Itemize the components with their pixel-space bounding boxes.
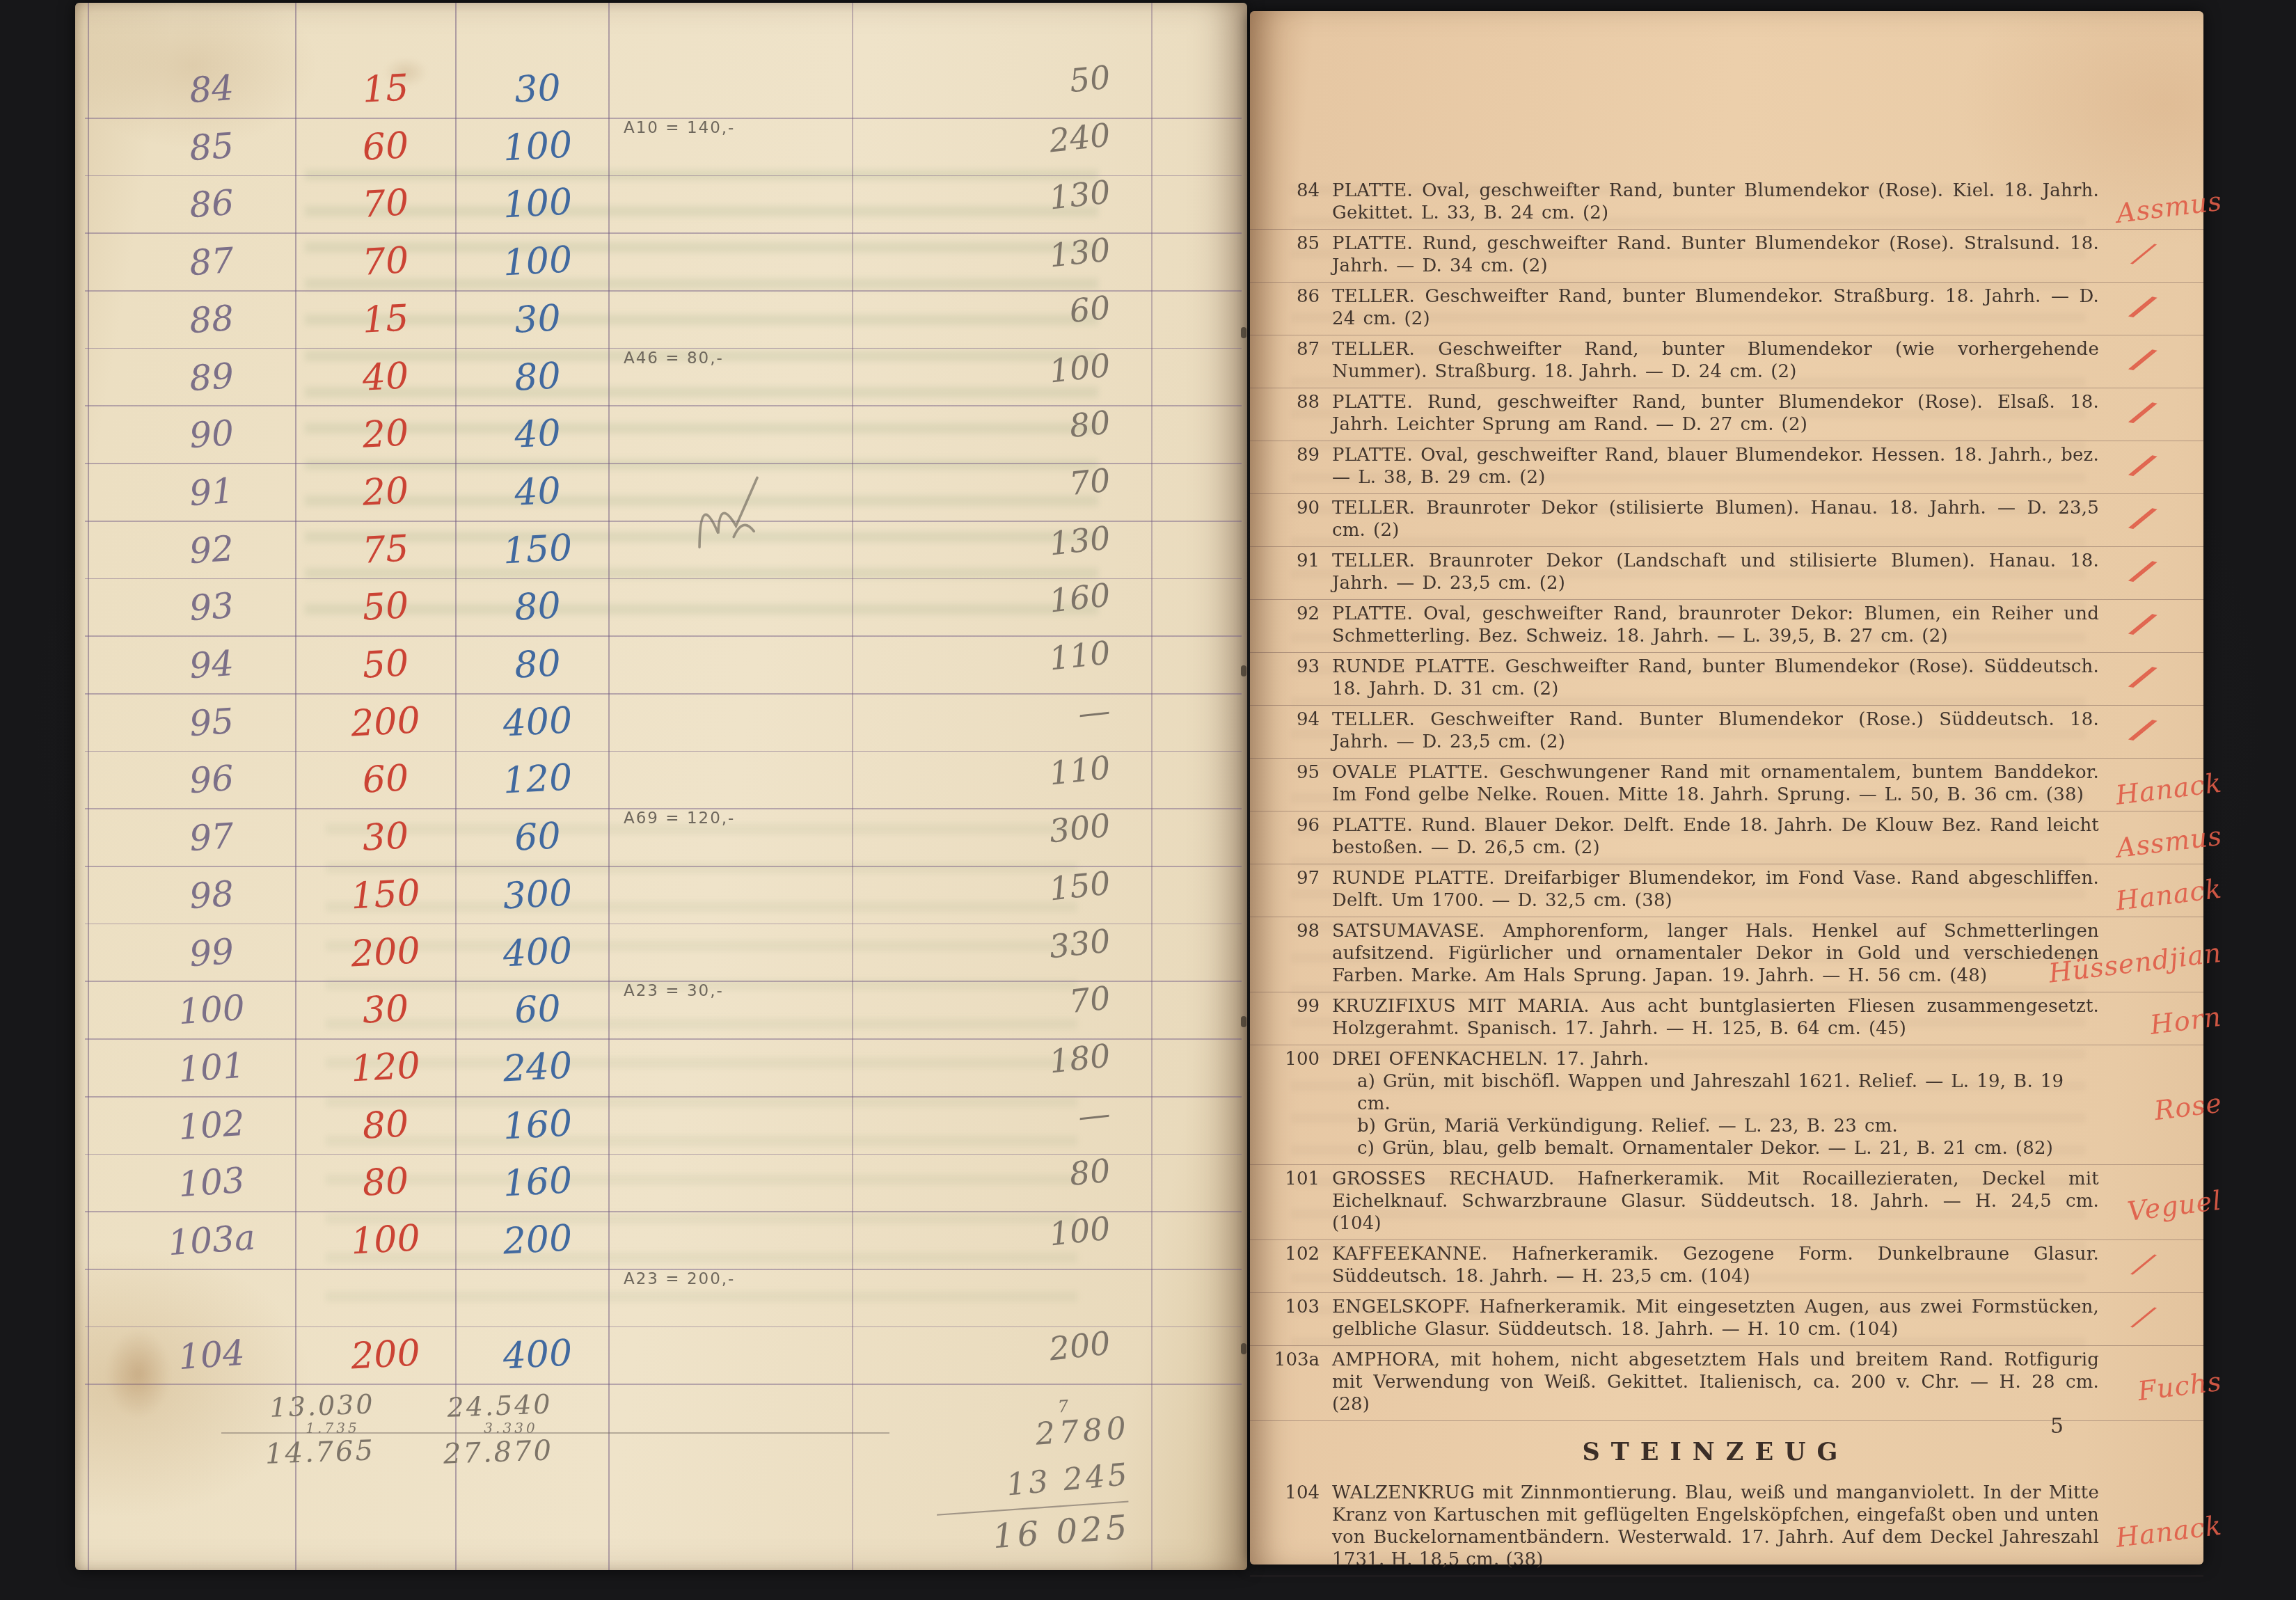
entry-text: KAFFEEKANNE. Hafnerkeramik. Gezogene For… xyxy=(1332,1243,2099,1288)
entry-description: OVALE PLATTE. Geschwungener Rand mit orn… xyxy=(1332,762,2099,805)
entry-text: TELLER. Braunroter Dekor (stilisierte Bl… xyxy=(1332,497,2099,541)
entry-text: OVALE PLATTE. Geschwungener Rand mit orn… xyxy=(1332,761,2099,806)
limit-value: 100 xyxy=(322,1209,450,1271)
entry-description: DREI OFENKACHELN. 17. Jahrh. xyxy=(1332,1049,1649,1070)
buyer-annotation: Hanack xyxy=(2114,767,2223,810)
estimate-value: 100 xyxy=(472,230,603,293)
catalog-entry: 102 KAFFEEKANNE. Hafnerkeramik. Gezogene… xyxy=(1250,1240,2203,1293)
entry-text: KRUZIFIXUS MIT MARIA. Aus acht buntglasi… xyxy=(1332,995,2099,1040)
binding-stitch xyxy=(1241,665,1246,676)
entry-description: TELLER. Braunroter Dekor (stilisierte Bl… xyxy=(1332,498,2099,541)
lot-number: 89 xyxy=(140,344,283,410)
pencil-note: A46 = 80,- xyxy=(624,349,724,367)
limit-value: 200 xyxy=(322,921,450,983)
limit-page-sum: 1.735 xyxy=(284,1420,381,1436)
estimate-value: 60 xyxy=(472,979,603,1041)
ledger-row: 100 30 60 A23 = 30,- 70 xyxy=(75,982,1247,1040)
limit-value: 40 xyxy=(322,346,450,408)
limit-value: 80 xyxy=(322,1152,450,1214)
entry-description: TELLER. Braunroter Dekor (Landschaft und… xyxy=(1332,551,2099,594)
buyer-annotation: ⁄ xyxy=(2137,1246,2148,1283)
page-number: 5 xyxy=(2050,1414,2064,1439)
buyer-annotation: Hanack xyxy=(2114,873,2223,916)
buyer-annotation: Fuchs xyxy=(2136,1365,2224,1406)
catalog-entry: 103 ENGELSKOPF. Hafnerkeramik. Mit einge… xyxy=(1250,1293,2203,1346)
estimate-grand-total: 27.870 xyxy=(421,1434,575,1471)
lot-number: 86 xyxy=(140,172,283,237)
entry-number: 103a xyxy=(1250,1349,1320,1371)
ledger-row: 93 50 80 160 xyxy=(75,579,1247,637)
estimate-value: 400 xyxy=(472,921,603,984)
entry-number: 84 xyxy=(1250,180,1320,202)
entry-description: KAFFEEKANNE. Hafnerkeramik. Gezogene For… xyxy=(1332,1244,2099,1287)
entry-number: 98 xyxy=(1250,920,1320,942)
estimate-page-sum: 3.330 xyxy=(462,1420,560,1436)
entry-number: 100 xyxy=(1250,1048,1320,1070)
entry-description: KRUZIFIXUS MIT MARIA. Aus acht buntglasi… xyxy=(1332,996,2099,1039)
entry-description: RUNDE PLATTE. Geschweifter Rand, bunter … xyxy=(1332,656,2099,699)
limit-value: 20 xyxy=(322,461,450,523)
entry-description: PLATTE. Oval, geschweifter Rand, bunter … xyxy=(1332,180,2099,223)
result-carry-sum: 13 245 xyxy=(937,1457,1131,1509)
ledger-row: 89 40 80 A46 = 80,- 100 xyxy=(75,349,1247,407)
entry-text: WALZENKRUG mit Zinnmontierung. Blau, wei… xyxy=(1332,1482,2099,1571)
lot-number: 95 xyxy=(140,690,283,755)
ledger-row: 96 60 120 110 xyxy=(75,752,1247,809)
buyer-annotation: ⁄⁄ xyxy=(2135,553,2147,590)
entry-subitem: c) Grün, blau, gelb bemalt. Ornamentaler… xyxy=(1332,1137,2099,1159)
entry-description: TELLER. Geschweifter Rand, bunter Blumen… xyxy=(1332,286,2099,329)
entry-number: 95 xyxy=(1250,761,1320,784)
entry-number: 99 xyxy=(1250,995,1320,1017)
ledger-row: 92 75 150 130 xyxy=(75,522,1247,580)
pencil-note: A69 = 120,- xyxy=(624,809,735,827)
entry-text: ENGELSKOPF. Hafnerkeramik. Mit eingesetz… xyxy=(1332,1296,2099,1340)
result-page-sum: 2780 7 xyxy=(937,1410,1132,1459)
buyer-annotation: Horn xyxy=(2148,1001,2223,1040)
entry-text: RUNDE PLATTE. Geschweifter Rand, bunter … xyxy=(1332,656,2099,700)
limit-value: 50 xyxy=(322,633,450,695)
catalog-entry: 88 PLATTE. Rund, geschweifter Rand, bunt… xyxy=(1250,388,2203,441)
catalog-entry: 96 PLATTE. Rund. Blauer Dekor. Delft. En… xyxy=(1250,811,2203,864)
lot-number: 101 xyxy=(140,1035,283,1100)
limit-value: 20 xyxy=(322,404,450,466)
ledger-row: 98 150 300 150 xyxy=(75,867,1247,925)
estimate-value: 150 xyxy=(472,518,603,581)
entry-text: SATSUMAVASE. Amphorenform, langer Hals. … xyxy=(1332,920,2099,987)
buyer-annotation: ⁄⁄ xyxy=(2135,288,2147,326)
result-grand-total: 16 025 xyxy=(937,1500,1132,1560)
entry-number: 103 xyxy=(1250,1296,1320,1318)
entry-description: PLATTE. Rund, geschweifter Rand, bunter … xyxy=(1332,392,2099,435)
entry-number: 93 xyxy=(1250,656,1320,678)
entry-number: 89 xyxy=(1250,444,1320,466)
estimate-value: 40 xyxy=(472,461,603,523)
lot-number: 100 xyxy=(140,977,283,1043)
entry-number: 90 xyxy=(1250,497,1320,519)
entry-number: 97 xyxy=(1250,867,1320,889)
entry-text: TELLER. Geschweifter Rand, bunter Blumen… xyxy=(1332,285,2099,330)
entry-number: 86 xyxy=(1250,285,1320,308)
limit-value: 75 xyxy=(322,518,450,580)
estimate-carry-total: 24.540 xyxy=(426,1388,573,1423)
ledger-row: 84 15 30 50 xyxy=(75,61,1247,119)
ledger-row: 94 50 80 110 xyxy=(75,637,1247,695)
entry-text: PLATTE. Oval, geschweifter Rand, blauer … xyxy=(1332,444,2099,489)
ledger-row: 85 60 100 A10 = 140,- 240 xyxy=(75,119,1247,177)
entry-description: TELLER. Geschweifter Rand. Bunter Blumen… xyxy=(1332,709,2099,752)
catalog-entry: 87 TELLER. Geschweifter Rand, bunter Blu… xyxy=(1250,335,2203,388)
binding-stitch xyxy=(1241,327,1246,338)
entry-description: RUNDE PLATTE. Dreifarbiger Blumendekor, … xyxy=(1332,868,2099,911)
entry-description: PLATTE. Oval, geschweifter Rand, braunro… xyxy=(1332,603,2099,647)
estimate-value: 200 xyxy=(472,1209,603,1272)
pencil-note: A23 = 200,- xyxy=(624,1270,735,1288)
catalog-entry: 86 TELLER. Geschweifter Rand, bunter Blu… xyxy=(1250,283,2203,335)
estimate-value: 80 xyxy=(472,633,603,696)
ledger-row: 101 120 240 180 xyxy=(75,1040,1247,1098)
entry-number: 92 xyxy=(1250,603,1320,625)
limit-value: 70 xyxy=(322,173,450,235)
pencil-note: A10 = 140,- xyxy=(624,119,735,137)
entry-text: PLATTE. Rund. Blauer Dekor. Delft. Ende … xyxy=(1332,814,2099,859)
estimate-value: 300 xyxy=(472,864,603,926)
buyer-annotation: ⁄⁄ xyxy=(2135,500,2147,537)
entry-text: PLATTE. Rund, geschweifter Rand, bunter … xyxy=(1332,391,2099,436)
limit-value: 200 xyxy=(322,691,450,753)
limit-value: 60 xyxy=(322,116,450,177)
ledger-row: 95 200 400 — xyxy=(75,695,1247,752)
estimate-value: 80 xyxy=(472,576,603,639)
buyer-annotation: ⁄⁄ xyxy=(2135,447,2147,484)
limit-value: 30 xyxy=(322,979,450,1041)
lot-number: 92 xyxy=(140,517,283,583)
lot-number: 97 xyxy=(140,805,283,870)
buyer-annotation: Rose xyxy=(2153,1087,2224,1126)
lot-number: 91 xyxy=(140,459,283,525)
result-page-sum-value: 2780 xyxy=(1034,1410,1131,1452)
entry-description: PLATTE. Oval, geschweifter Rand, blauer … xyxy=(1332,445,2099,488)
buyer-annotation: ⁄ xyxy=(2137,1299,2148,1336)
limit-grand-total: 14.765 xyxy=(243,1434,397,1471)
lot-number: 84 xyxy=(140,56,283,122)
catalog-entry: 99 KRUZIFIXUS MIT MARIA. Aus acht buntgl… xyxy=(1250,992,2203,1045)
entry-subitem: a) Grün, mit bischöfl. Wappen und Jahres… xyxy=(1332,1070,2099,1115)
limit-value: 30 xyxy=(322,806,450,868)
result-arithmetic: 2780 7 13 245 16 025 xyxy=(938,1417,1130,1553)
lot-number: 85 xyxy=(140,114,283,180)
lot-number: 99 xyxy=(140,920,283,985)
ledger-row: A23 = 200,- xyxy=(75,1270,1247,1328)
estimate-value: 160 xyxy=(472,1094,603,1157)
buyer-annotation: Assmus xyxy=(2114,185,2224,228)
catalog-entry: 91 TELLER. Braunroter Dekor (Landschaft … xyxy=(1250,547,2203,600)
entry-description: GROSSES RECHAUD. Hafnerkeramik. Mit Roca… xyxy=(1332,1169,2099,1234)
limit-value: 15 xyxy=(322,58,450,120)
limit-value: 70 xyxy=(322,230,450,292)
catalog-entry: 93 RUNDE PLATTE. Geschweifter Rand, bunt… xyxy=(1250,653,2203,706)
buyer-annotation: ⁄⁄ xyxy=(2135,658,2147,696)
limit-value: 80 xyxy=(322,1094,450,1156)
catalog-entry: 98 SATSUMAVASE. Amphorenform, langer Hal… xyxy=(1250,917,2203,992)
catalog-entry: 95 OVALE PLATTE. Geschwungener Rand mit … xyxy=(1250,759,2203,811)
buyer-annotation: Assmus xyxy=(2114,820,2224,863)
estimate-value: 40 xyxy=(472,403,603,466)
limit-value: 60 xyxy=(322,749,450,811)
lot-number: 104 xyxy=(140,1323,283,1388)
limit-carry-total: 13.030 xyxy=(248,1388,395,1423)
result-correction-digit: 7 xyxy=(1057,1396,1069,1416)
ledger-row: 86 70 100 130 xyxy=(75,176,1247,234)
catalog-entries: 84 PLATTE. Oval, geschweifter Rand, bunt… xyxy=(1250,177,2203,1576)
binding-stitch xyxy=(1241,1343,1246,1354)
entry-description: SATSUMAVASE. Amphorenform, langer Hals. … xyxy=(1332,921,2099,986)
catalog-entry: 101 GROSSES RECHAUD. Hafnerkeramik. Mit … xyxy=(1250,1165,2203,1240)
entry-description: ENGELSKOPF. Hafnerkeramik. Mit eingesetz… xyxy=(1332,1297,2099,1340)
entry-text: AMPHORA, mit hohem, nicht abgesetztem Ha… xyxy=(1332,1349,2099,1416)
limit-value: 50 xyxy=(322,576,450,638)
estimate-value: 400 xyxy=(472,1324,603,1387)
catalog-entry: 97 RUNDE PLATTE. Dreifarbiger Blumendeko… xyxy=(1250,864,2203,917)
buyer-annotation: ⁄ xyxy=(2137,235,2148,273)
buyer-annotation: ⁄⁄ xyxy=(2135,711,2147,749)
ledger-row: 102 80 160 — xyxy=(75,1098,1247,1155)
entry-text: PLATTE. Oval, geschweifter Rand, braunro… xyxy=(1332,603,2099,647)
entry-text: RUNDE PLATTE. Dreifarbiger Blumendekor, … xyxy=(1332,867,2099,912)
section-heading: STEINZEUG xyxy=(1250,1438,2203,1466)
ledger-row: 103 80 160 80 xyxy=(75,1155,1247,1212)
estimate-value: 60 xyxy=(472,806,603,869)
estimate-value: 100 xyxy=(472,173,603,236)
ledger-row: 103a 100 200 100 xyxy=(75,1212,1247,1270)
result-value: 100 xyxy=(900,1202,1113,1276)
entry-subitem: b) Grün, Mariä Verkündigung. Relief. — L… xyxy=(1332,1115,2099,1137)
ledger-row: 88 15 30 60 xyxy=(75,292,1247,349)
catalog-page: 84 PLATTE. Oval, geschweifter Rand, bunt… xyxy=(1250,11,2203,1565)
entry-number: 87 xyxy=(1250,338,1320,361)
lot-number: 93 xyxy=(140,574,283,640)
entry-text: PLATTE. Oval, geschweifter Rand, bunter … xyxy=(1332,180,2099,224)
entry-description: WALZENKRUG mit Zinnmontierung. Blau, wei… xyxy=(1332,1482,2099,1570)
entry-number: 96 xyxy=(1250,814,1320,837)
ledger-row: 104 200 400 200 xyxy=(75,1327,1247,1385)
buyer-annotation: ⁄⁄ xyxy=(2135,341,2147,379)
ledger-row: 99 200 400 330 xyxy=(75,925,1247,983)
lot-number: 96 xyxy=(140,747,283,813)
lot-number: 88 xyxy=(140,287,283,352)
entry-description: PLATTE. Rund, geschweifter Rand. Bunter … xyxy=(1332,233,2099,276)
ledger-page: 84 15 30 50 85 60 100 A10 = 140,- 240 86… xyxy=(75,3,1247,1570)
lot-number: 87 xyxy=(140,229,283,294)
estimate-value: 30 xyxy=(472,58,603,120)
entry-text: DREI OFENKACHELN. 17. Jahrh. a) Grün, mi… xyxy=(1332,1048,2099,1159)
catalog-entry: 89 PLATTE. Oval, geschweifter Rand, blau… xyxy=(1250,441,2203,494)
lot-number: 103a xyxy=(140,1207,283,1273)
entry-number: 91 xyxy=(1250,550,1320,572)
lot-number: 102 xyxy=(140,1093,283,1158)
buyer-annotation: ⁄⁄ xyxy=(2135,394,2147,431)
ledger-row: 90 20 40 80 xyxy=(75,406,1247,464)
entry-description: AMPHORA, mit hohem, nicht abgesetztem Ha… xyxy=(1332,1349,2099,1415)
limit-value: 15 xyxy=(322,288,450,350)
lot-number: 103 xyxy=(140,1150,283,1215)
catalog-entry: 104 WALZENKRUG mit Zinnmontierung. Blau,… xyxy=(1250,1479,2203,1576)
catalog-entry: 85 PLATTE. Rund, geschweifter Rand. Bunt… xyxy=(1250,230,2203,283)
buyer-annotation: Veguel xyxy=(2125,1185,2223,1226)
catalog-entry: 84 PLATTE. Oval, geschweifter Rand, bunt… xyxy=(1250,177,2203,230)
entry-text: PLATTE. Rund, geschweifter Rand. Bunter … xyxy=(1332,232,2099,277)
estimate-value: 400 xyxy=(472,691,603,754)
entry-text: TELLER. Geschweifter Rand. Bunter Blumen… xyxy=(1332,708,2099,753)
entry-text: GROSSES RECHAUD. Hafnerkeramik. Mit Roca… xyxy=(1332,1168,2099,1235)
ledger-row: 97 30 60 A69 = 120,- 300 xyxy=(75,809,1247,867)
catalog-entry: 100 DREI OFENKACHELN. 17. Jahrh. a) Grün… xyxy=(1250,1045,2203,1165)
limit-value: 120 xyxy=(322,1036,450,1098)
buyer-annotation: ⁄⁄ xyxy=(2135,605,2147,643)
entry-number: 101 xyxy=(1250,1168,1320,1190)
limit-value: 200 xyxy=(322,1324,450,1386)
estimate-value: 80 xyxy=(472,346,603,409)
entry-number: 88 xyxy=(1250,391,1320,413)
ledger-row: 91 20 40 70 xyxy=(75,464,1247,522)
estimate-value: 240 xyxy=(472,1036,603,1099)
lot-number: 90 xyxy=(140,402,283,467)
entry-number: 102 xyxy=(1250,1243,1320,1265)
estimate-value: 30 xyxy=(472,288,603,351)
catalog-entry: 103a AMPHORA, mit hohem, nicht abgesetzt… xyxy=(1250,1346,2203,1421)
catalog-entry: 92 PLATTE. Oval, geschweifter Rand, brau… xyxy=(1250,600,2203,653)
entry-number: 85 xyxy=(1250,232,1320,255)
entry-text: TELLER. Braunroter Dekor (Landschaft und… xyxy=(1332,550,2099,594)
estimate-value: 100 xyxy=(472,116,603,178)
estimate-value: 120 xyxy=(472,749,603,811)
entry-description: TELLER. Geschweifter Rand, bunter Blumen… xyxy=(1332,339,2099,382)
result-value: 200 xyxy=(900,1317,1113,1391)
entry-text: TELLER. Geschweifter Rand, bunter Blumen… xyxy=(1332,338,2099,383)
limit-value: 150 xyxy=(322,864,450,926)
buyer-annotation: Hanack xyxy=(2114,1510,2223,1553)
estimate-value: 160 xyxy=(472,1152,603,1214)
catalog-entry: 94 TELLER. Geschweifter Rand. Bunter Blu… xyxy=(1250,706,2203,759)
ledger-row: 87 70 100 130 xyxy=(75,234,1247,292)
binding-stitch xyxy=(1241,1016,1246,1027)
catalog-entry: 90 TELLER. Braunroter Dekor (stilisierte… xyxy=(1250,494,2203,547)
entry-number: 104 xyxy=(1250,1482,1320,1504)
lot-number: 94 xyxy=(140,632,283,697)
pencil-note: A23 = 30,- xyxy=(624,982,724,1000)
lot-number: 98 xyxy=(140,862,283,928)
entry-description: PLATTE. Rund. Blauer Dekor. Delft. Ende … xyxy=(1332,815,2099,858)
entry-number: 94 xyxy=(1250,708,1320,731)
